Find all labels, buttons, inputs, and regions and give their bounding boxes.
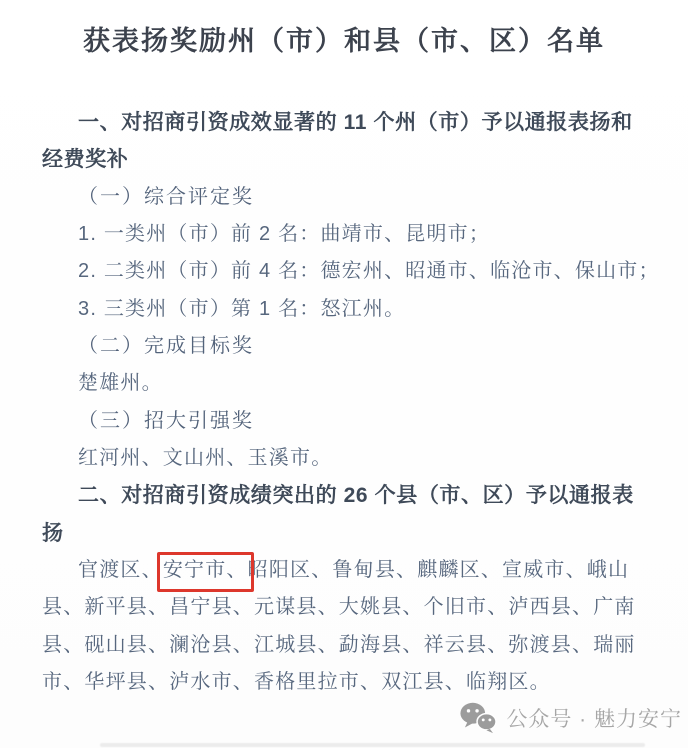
county-list-line1: 官渡区、安宁市、昭阳区、鲁甸县、麒麟区、宣威市、峨山 xyxy=(42,552,646,589)
watermark: 公众号 · 魅力安宁 xyxy=(459,701,682,734)
cutoff-content-edge xyxy=(100,743,645,747)
section2-heading-line1: 二、对招商引资成绩突出的 26 个县（市、区）予以通报表 xyxy=(42,477,646,514)
section1-item-3: 3. 三类州（市）第 1 名：怒江州。 xyxy=(42,291,646,328)
county-list-line2: 县、新平县、昌宁县、元谋县、大姚县、个旧市、泸西县、广南 xyxy=(42,589,646,626)
wechat-icon xyxy=(459,701,497,734)
section1-item-2: 2. 二类州（市）前 4 名：德宏州、昭通市、临沧市、保山市； xyxy=(42,253,646,290)
section1-sub2-body: 楚雄州。 xyxy=(42,365,646,402)
section1-sub3-body: 红河州、文山州、玉溪市。 xyxy=(42,440,646,477)
watermark-label: 公众号 · 魅力安宁 xyxy=(506,703,682,733)
section2-heading-line2: 扬 xyxy=(42,515,646,552)
section1-sub1-title: （一）综合评定奖 xyxy=(42,179,646,216)
highlight-box-anning: 安宁市、 xyxy=(157,552,254,592)
county-list-line4: 市、华坪县、泸水市、香格里拉市、双江县、临翔区。 xyxy=(42,664,646,701)
section1-sub3-title: （三）招大引强奖 xyxy=(42,403,646,440)
document-body: 一、对招商引资成效显著的 11 个州（市）予以通报表扬和 经费奖补 （一）综合评… xyxy=(42,104,646,702)
document-page: 获表扬奖励州（市）和县（市、区）名单 一、对招商引资成效显著的 11 个州（市）… xyxy=(0,0,688,748)
section1-heading-line1: 一、对招商引资成效显著的 11 个州（市）予以通报表扬和 xyxy=(42,104,646,141)
county-list-line1-pre: 官渡区、 xyxy=(78,559,163,581)
county-list-line3: 县、砚山县、澜沧县、江城县、勐海县、祥云县、弥渡县、瑞丽 xyxy=(42,627,646,664)
section1-sub2-title: （二）完成目标奖 xyxy=(42,328,646,365)
section1-item-1: 1. 一类州（市）前 2 名：曲靖市、昆明市； xyxy=(42,216,646,253)
page-title: 获表扬奖励州（市）和县（市、区）名单 xyxy=(0,0,688,60)
county-list-line1-post: 昭阳区、鲁甸县、麒麟区、宣威市、峨山 xyxy=(248,559,630,581)
section1-heading-line2: 经费奖补 xyxy=(42,141,646,178)
